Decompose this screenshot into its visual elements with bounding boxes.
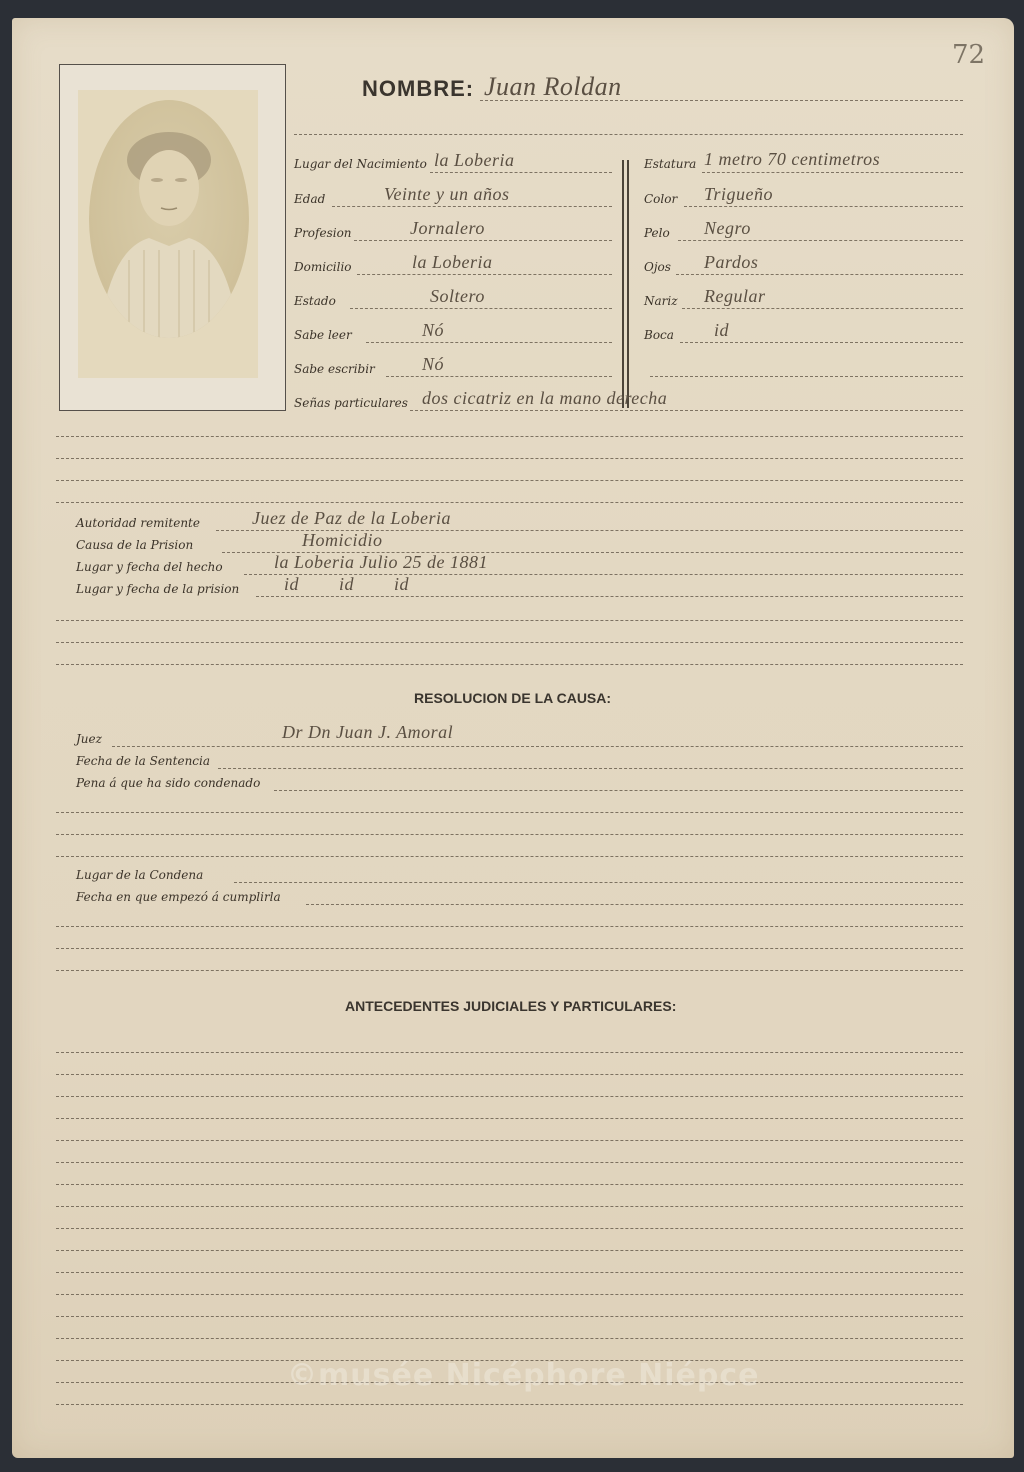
rule-line bbox=[274, 790, 963, 791]
rule-line bbox=[56, 1118, 963, 1119]
rule-line bbox=[234, 882, 963, 883]
rule-line bbox=[56, 1338, 963, 1339]
rule-line bbox=[56, 1294, 963, 1295]
rule-line bbox=[56, 458, 963, 459]
value-color: Trigueño bbox=[704, 184, 773, 205]
label-boca: Boca bbox=[644, 328, 674, 342]
value-boca: id bbox=[714, 320, 729, 341]
nombre-label: NOMBRE: bbox=[362, 76, 474, 102]
rule-line bbox=[56, 926, 963, 927]
rule-line bbox=[684, 206, 963, 207]
rule-line bbox=[680, 342, 963, 343]
rule-line bbox=[56, 620, 963, 621]
label-sabe-escribir: Sabe escribir bbox=[294, 362, 375, 376]
rule-line bbox=[56, 664, 963, 665]
label-pelo: Pelo bbox=[644, 226, 670, 240]
rule-line bbox=[256, 596, 963, 597]
rule-line bbox=[56, 948, 963, 949]
rule-line bbox=[218, 768, 963, 769]
rule-line bbox=[56, 502, 963, 503]
rule-line bbox=[56, 812, 963, 813]
rule-line bbox=[56, 1404, 963, 1405]
rule-line bbox=[56, 834, 963, 835]
label-sabe-leer: Sabe leer bbox=[294, 328, 352, 342]
label-causa: Causa de la Prision bbox=[76, 538, 193, 552]
rule-line bbox=[56, 970, 963, 971]
rule-line bbox=[56, 1052, 963, 1053]
record-sheet: 72 NOMBRE: Ju bbox=[12, 18, 1014, 1458]
rule-line bbox=[676, 274, 963, 275]
rule-line bbox=[56, 436, 963, 437]
label-lugar-nacimiento: Lugar del Nacimiento bbox=[294, 157, 427, 171]
rule-line bbox=[56, 1140, 963, 1141]
label-domicilio: Domicilio bbox=[294, 260, 352, 274]
rule-line bbox=[650, 376, 963, 377]
value-domicilio: la Loberia bbox=[412, 252, 493, 273]
value-sabe-escribir: Nó bbox=[422, 354, 444, 375]
value-sabe-leer: Nó bbox=[422, 320, 444, 341]
page-number: 72 bbox=[952, 40, 985, 70]
label-autoridad: Autoridad remitente bbox=[76, 516, 200, 530]
label-edad: Edad bbox=[294, 192, 325, 206]
rule-line bbox=[56, 1162, 963, 1163]
resolucion-title: RESOLUCION DE LA CAUSA: bbox=[414, 690, 611, 706]
rule-line bbox=[56, 1184, 963, 1185]
rule-line bbox=[306, 904, 963, 905]
rule-line bbox=[56, 1250, 963, 1251]
label-lugar-hecho: Lugar y fecha del hecho bbox=[76, 560, 223, 574]
value-autoridad: Juez de Paz de la Loberia bbox=[252, 508, 451, 529]
rule-line bbox=[56, 1228, 963, 1229]
value-profesion: Jornalero bbox=[410, 218, 485, 239]
label-ojos: Ojos bbox=[644, 260, 671, 274]
label-pena: Pena á que ha sido condenado bbox=[76, 776, 260, 790]
nombre-value: Juan Roldan bbox=[484, 72, 622, 102]
nombre-line bbox=[480, 100, 963, 101]
rule-line bbox=[386, 376, 612, 377]
value-causa: Homicidio bbox=[302, 530, 383, 551]
value-estatura: 1 metro 70 centimetros bbox=[704, 149, 880, 170]
portrait-photo bbox=[89, 100, 249, 338]
rule-line bbox=[350, 308, 612, 309]
label-fecha-cumplir: Fecha en que empezó á cumplirla bbox=[76, 890, 281, 904]
label-estatura: Estatura bbox=[644, 157, 696, 171]
value-juez: Dr Dn Juan J. Amoral bbox=[282, 722, 453, 743]
label-lugar-condena: Lugar de la Condena bbox=[76, 868, 203, 882]
rule-line bbox=[56, 856, 963, 857]
rule-line bbox=[354, 240, 612, 241]
rule-line bbox=[56, 1206, 963, 1207]
value-nariz: Regular bbox=[704, 286, 766, 307]
rule-line bbox=[56, 480, 963, 481]
rule-line bbox=[366, 342, 612, 343]
label-profesion: Profesion bbox=[294, 226, 352, 240]
label-lugar-prision: Lugar y fecha de la prision bbox=[76, 582, 239, 596]
label-senas: Señas particulares bbox=[294, 396, 408, 410]
rule-line bbox=[682, 308, 963, 309]
value-pelo: Negro bbox=[704, 218, 751, 239]
rule-line bbox=[678, 240, 963, 241]
rule-line bbox=[294, 134, 963, 135]
label-color: Color bbox=[644, 192, 677, 206]
photo-card bbox=[78, 90, 258, 378]
rule-line bbox=[357, 274, 612, 275]
rule-line bbox=[56, 1096, 963, 1097]
antecedentes-title: ANTECEDENTES JUDICIALES Y PARTICULARES: bbox=[345, 998, 676, 1014]
rule-line bbox=[56, 1316, 963, 1317]
rule-line bbox=[430, 172, 612, 173]
rule-line bbox=[56, 1272, 963, 1273]
label-juez: Juez bbox=[76, 732, 102, 746]
label-fecha-sentencia: Fecha de la Sentencia bbox=[76, 754, 210, 768]
value-edad: Veinte y un años bbox=[384, 184, 509, 205]
rule-line bbox=[56, 642, 963, 643]
column-divider bbox=[622, 160, 629, 408]
rule-line bbox=[112, 746, 963, 747]
value-senas: dos cicatriz en la mano derecha bbox=[422, 388, 667, 409]
value-ojos: Pardos bbox=[704, 252, 758, 273]
value-lugar-hecho: la Loberia Julio 25 de 1881 bbox=[274, 552, 488, 573]
value-estado: Soltero bbox=[430, 286, 485, 307]
value-lugar-prision: id id id bbox=[284, 574, 409, 595]
rule-line bbox=[410, 410, 963, 411]
rule-line bbox=[332, 206, 612, 207]
rule-line bbox=[56, 1074, 963, 1075]
label-estado: Estado bbox=[294, 294, 336, 308]
rule-line bbox=[702, 172, 963, 173]
label-nariz: Nariz bbox=[644, 294, 678, 308]
photo-frame bbox=[59, 64, 286, 411]
watermark: ©musée Nicéphore Niépce bbox=[287, 1358, 760, 1393]
value-lugar-nacimiento: la Loberia bbox=[434, 150, 515, 171]
